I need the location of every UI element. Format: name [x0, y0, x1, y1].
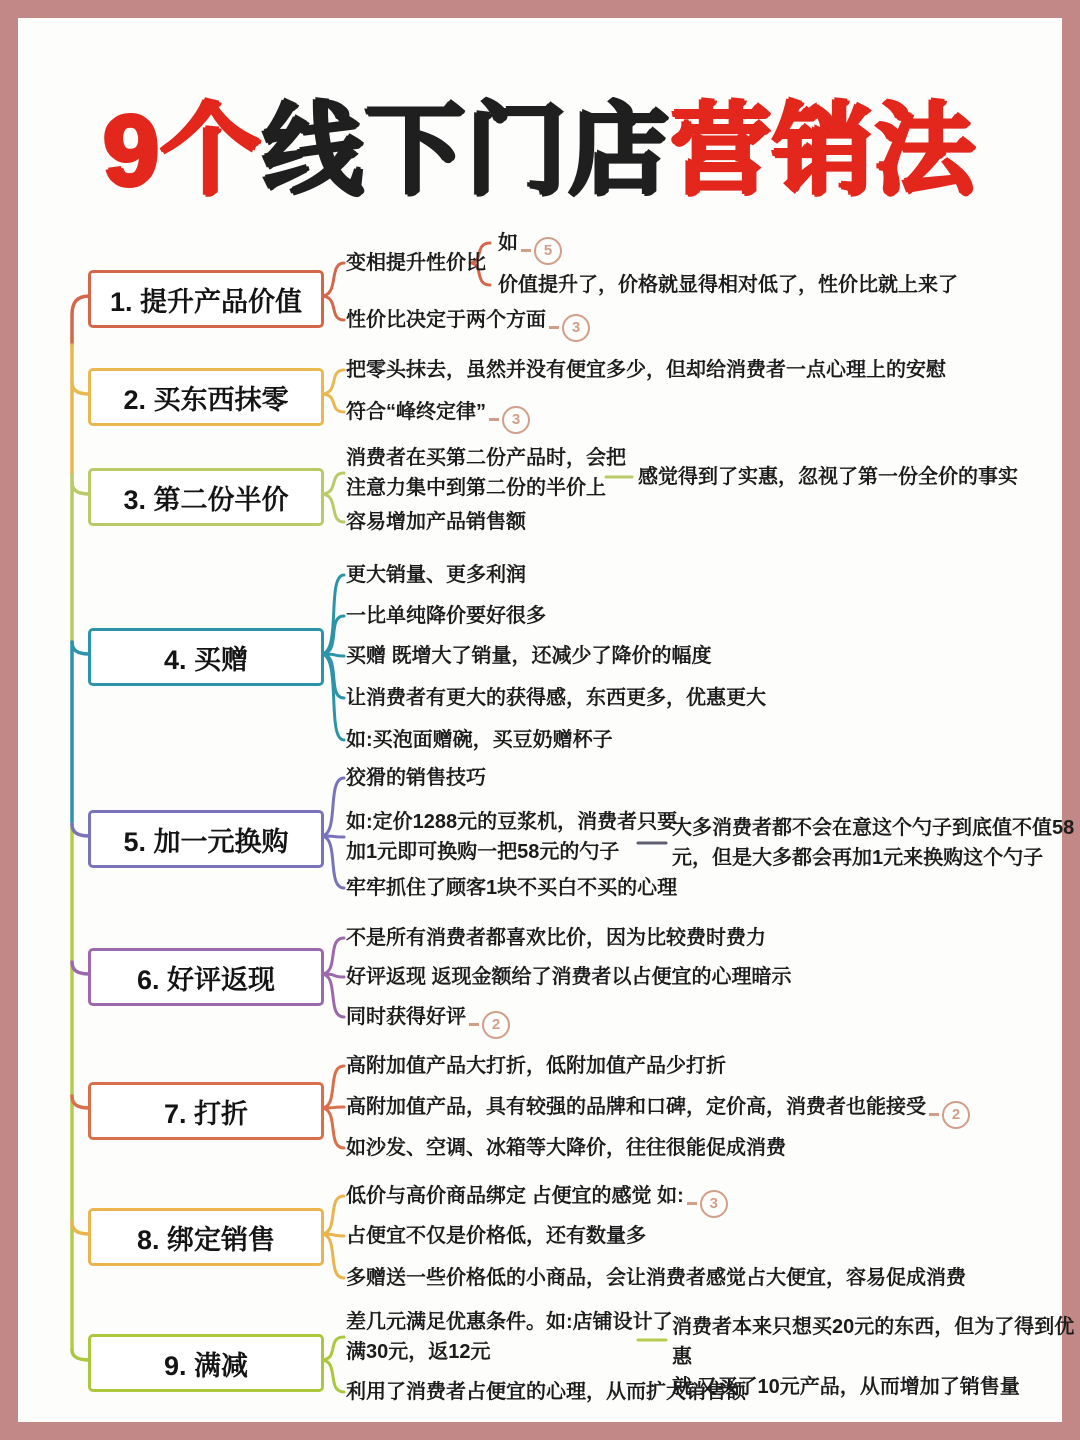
collapsed-count-badge: 2: [482, 1011, 510, 1039]
branch-item: 高附加值产品，具有较强的品牌和口碑，定价高，消费者也能接受2: [346, 1092, 970, 1129]
branch-item: 低价与高价商品绑定 占便宜的感觉 如:3: [346, 1181, 728, 1218]
mindmap-node-9: 9. 满减: [88, 1334, 324, 1392]
title-segment-red: 9个: [103, 70, 263, 214]
mindmap-node-8: 8. 绑定销售: [88, 1208, 324, 1266]
sub-branch-item: 感觉得到了实惠，忽视了第一份全价的事实: [638, 462, 1018, 492]
branch-item: 如沙发、空调、冰箱等大降价，往往很能促成消费: [346, 1133, 786, 1163]
mindmap-node-2: 2. 买东西抹零: [88, 368, 324, 426]
branch-item: 同时获得好评2: [346, 1002, 510, 1039]
branch-item: 如:定价1288元的豆浆机，消费者只要 加1元即可换购一把58元的勺子: [346, 807, 677, 867]
branch-item: 把零头抹去，虽然并没有便宜多少，但却给消费者一点心理上的安慰: [346, 355, 946, 385]
collapsed-count-badge: 2: [942, 1101, 970, 1129]
mindmap-node-3: 3. 第二份半价: [88, 468, 324, 526]
branch-item: 一比单纯降价要好很多: [346, 601, 546, 631]
title-segment-red: 营销法: [671, 70, 977, 214]
mindmap-node-5: 5. 加一元换购: [88, 810, 324, 868]
mindmap-node-6: 6. 好评返现: [88, 948, 324, 1006]
branch-item: 符合“峰终定律”3: [346, 397, 530, 434]
collapsed-count-badge: 5: [534, 237, 562, 265]
collapsed-count-badge: 3: [502, 406, 530, 434]
mindmap-node-4: 4. 买赠: [88, 628, 324, 686]
sub-branch-item: 价值提升了，价格就显得相对低了，性价比就上来了: [498, 270, 958, 300]
branch-item: 牢牢抓住了顾客1块不买白不买的心理: [346, 873, 677, 903]
branch-item: 狡猾的销售技巧: [346, 763, 486, 793]
branch-item: 消费者在买第二份产品时，会把 注意力集中到第二份的半价上: [346, 443, 626, 503]
branch-item: 好评返现 返现金额给了消费者以占便宜的心理暗示: [346, 962, 792, 992]
branch-item: 让消费者有更大的获得感，东西更多，优惠更大: [346, 683, 766, 713]
branch-item: 买赠 既增大了销量，还减少了降价的幅度: [346, 641, 712, 671]
branch-item: 占便宜不仅是价格低，还有数量多: [346, 1221, 646, 1251]
collapsed-count-badge: 3: [562, 314, 590, 342]
branch-item: 如:买泡面赠碗，买豆奶赠杯子: [346, 725, 613, 755]
branch-item: 容易增加产品销售额: [346, 507, 526, 537]
branch-item: 变相提升性价比: [346, 248, 486, 278]
collapsed-count-badge: 3: [700, 1190, 728, 1218]
branch-item: 利用了消费者占便宜的心理，从而扩大销售额: [346, 1377, 746, 1407]
branch-item: 性价比决定于两个方面3: [346, 305, 590, 342]
title-segment-black: 线下门店: [263, 70, 671, 214]
branch-item: 差几元满足优惠条件。如:店铺设计了 满30元，返12元: [346, 1307, 673, 1367]
sub-branch-item: 大多消费者都不会在意这个勺子到底值不值58 元，但是大多都会再加1元来换购这个勺…: [672, 813, 1074, 873]
mindmap-node-7: 7. 打折: [88, 1082, 324, 1140]
branch-item: 更大销量、更多利润: [346, 560, 526, 590]
branch-item: 不是所有消费者都喜欢比价，因为比较费时费力: [346, 923, 766, 953]
branch-item: 高附加值产品大打折，低附加值产品少打折: [346, 1051, 726, 1081]
poster: 9个线下门店营销法 1. 提升产品价值 2. 买东西抹零 3. 第二份半价 4.…: [0, 0, 1080, 1440]
mindmap-node-1: 1. 提升产品价值: [88, 270, 324, 328]
page-title: 9个线下门店营销法: [0, 72, 1080, 212]
branch-item: 多赠送一些价格低的小商品，会让消费者感觉占大便宜，容易促成消费: [346, 1263, 966, 1293]
sub-branch-item: 如5: [498, 228, 562, 265]
